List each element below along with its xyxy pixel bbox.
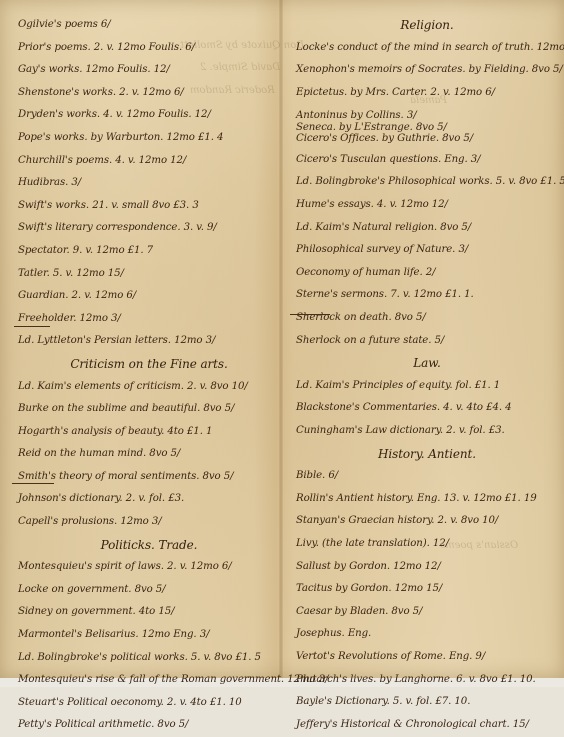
section-heading-criticism: Criticism on the Fine arts. <box>18 353 280 376</box>
book-entry: Hogarth's analysis of beauty. 4to £1. 1 <box>18 421 280 444</box>
book-entry: Capell's prolusions. 12mo 3/ <box>18 511 280 534</box>
book-entry: Swift's literary correspondence. 3. v. 9… <box>18 217 280 240</box>
book-entry: Cicero's Offices. by Guthrie. 8vo 5/ <box>296 133 558 145</box>
book-entry: Smith's theory of moral sentiments. 8vo … <box>18 466 280 489</box>
section-heading-politicks: Politicks. Trade. <box>18 534 280 557</box>
book-entry: Guardian. 2. v. 12mo 6/ <box>18 285 280 308</box>
book-entry: Oeconomy of human life. 2/ <box>296 262 558 285</box>
book-entry: Sherlock on a future state. 5/ <box>296 330 558 353</box>
section-heading-law: Law. <box>296 352 558 375</box>
book-entry: Tacitus by Gordon. 12mo 15/ <box>296 578 558 601</box>
book-entry: Ld. Bolingbroke's political works. 5. v.… <box>18 647 280 670</box>
book-entry: Josephus. Eng. <box>296 623 558 646</box>
left-column: Ogilvie's poems 6/ Prior's poems. 2. v. … <box>18 14 280 687</box>
book-entry: Plutarch's lives. by Langhorne. 6. v. 8v… <box>296 669 558 687</box>
book-entry: Blackstone's Commentaries. 4. v. 4to £4.… <box>296 397 558 420</box>
book-entry: Freeholder. 12mo 3/ <box>18 308 280 331</box>
book-entry: Hudibras. 3/ <box>18 172 280 195</box>
book-entry: Shenstone's works. 2. v. 12mo 6/ <box>18 82 280 105</box>
book-entry: Ld. Kaim's Natural religion. 8vo 5/ <box>296 217 558 240</box>
book-entry: Sallust by Gordon. 12mo 12/ <box>296 556 558 579</box>
book-entry: Caesar by Bladen. 8vo 5/ <box>296 601 558 624</box>
book-entry: Ld. Bolingbroke's Philosophical works. 5… <box>296 171 558 194</box>
book-entry: Ld. Lyttleton's Persian letters. 12mo 3/ <box>18 330 280 353</box>
book-entry: Ld. Kaim's Principles of equity. fol. £1… <box>296 375 558 398</box>
book-entry: Livy. (the late translation). 12/ <box>296 533 558 556</box>
book-entry: Montesquieu's spirit of laws. 2. v. 12mo… <box>18 556 280 579</box>
book-entry: Seneca. by L'Estrange. 8vo 5/ <box>296 122 558 134</box>
book-entry: Vertot's Revolutions of Rome. Eng. 9/ <box>296 646 558 669</box>
book-entry: Sherlock on death. 8vo 5/ <box>296 307 558 330</box>
section-heading-history: History. Antient. <box>296 443 558 466</box>
book-entry: Philosophical survey of Nature. 3/ <box>296 239 558 262</box>
book-entry: Churchill's poems. 4. v. 12mo 12/ <box>18 150 280 173</box>
book-entry: Epictetus. by Mrs. Carter. 2. v. 12mo 6/ <box>296 82 558 105</box>
book-entry: Bible. 6/ <box>296 465 558 488</box>
book-entry: Cuningham's Law dictionary. 2. v. fol. £… <box>296 420 558 443</box>
book-entry: Cicero's Tusculan questions. Eng. 3/ <box>296 149 558 172</box>
book-entry: Sidney on government. 4to 15/ <box>18 601 280 624</box>
book-entry: Ld. Kaim's elements of criticism. 2. v. … <box>18 376 280 399</box>
book-entry: Ogilvie's poems 6/ <box>18 14 280 37</box>
book-entry: Pope's works. by Warburton. 12mo £1. 4 <box>18 127 280 150</box>
book-entry: Reid on the human mind. 8vo 5/ <box>18 443 280 466</box>
underline-mark <box>14 326 50 327</box>
book-entry: Gay's works. 12mo Foulis. 12/ <box>18 59 280 82</box>
book-entry: Xenophon's memoirs of Socrates. by Field… <box>296 59 558 82</box>
book-entry: Dryden's works. 4. v. 12mo Foulis. 12/ <box>18 104 280 127</box>
book-entry: Rollin's Antient history. Eng. 13. v. 12… <box>296 488 558 511</box>
book-entry: Locke's conduct of the mind in search of… <box>296 37 558 60</box>
underline-mark <box>290 314 330 315</box>
book-entry: Spectator. 9. v. 12mo £1. 7 <box>18 240 280 263</box>
underline-mark <box>12 483 54 484</box>
book-entry: Antoninus by Collins. 3/ <box>296 110 558 122</box>
book-entry: Johnson's dictionary. 2. v. fol. £3. <box>18 488 280 511</box>
book-entry: Marmontel's Belisarius. 12mo Eng. 3/ <box>18 624 280 647</box>
book-entry: Hume's essays. 4. v. 12mo 12/ <box>296 194 558 217</box>
book-entry: Burke on the sublime and beautiful. 8vo … <box>18 398 280 421</box>
book-entry: Sterne's sermons. 7. v. 12mo £1. 1. <box>296 284 558 307</box>
book-entry: Tatler. 5. v. 12mo 15/ <box>18 263 280 286</box>
book-entry: Montesquieu's rise & fall of the Roman g… <box>18 669 280 687</box>
book-entry: Stanyan's Graecian history. 2. v. 8vo 10… <box>296 510 558 533</box>
right-column: Religion. Locke's conduct of the mind in… <box>296 14 558 687</box>
section-heading-religion: Religion. <box>296 14 558 37</box>
book-entry: Swift's works. 21. v. small 8vo £3. 3 <box>18 195 280 218</box>
book-entry: Prior's poems. 2. v. 12mo Foulis. 6/ <box>18 37 280 60</box>
book-entry: Locke on government. 8vo 5/ <box>18 579 280 602</box>
